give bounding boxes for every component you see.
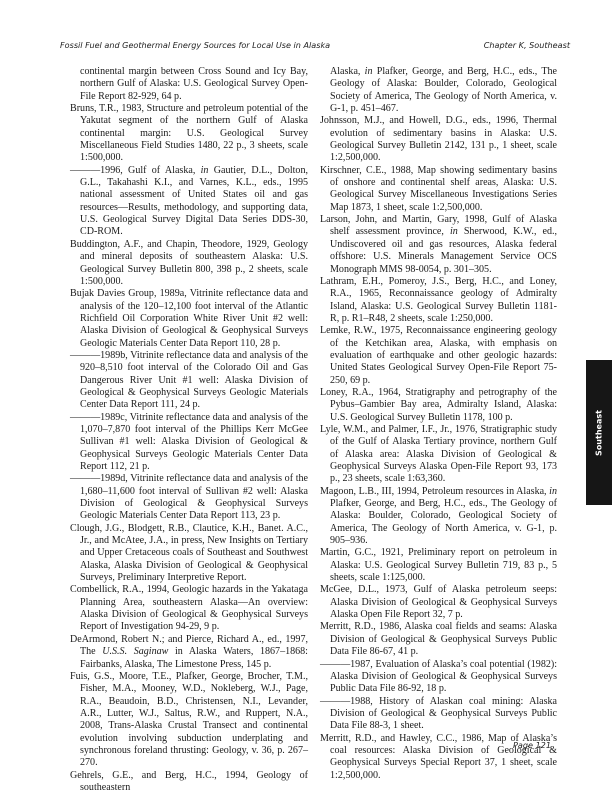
reference-entry: Combellick, R.A., 1994, Geologic hazards… [70, 584, 308, 633]
references-right-column: Alaska, in Plafker, George, and Berg, H.… [320, 66, 557, 782]
reference-italic-text: in [549, 486, 557, 497]
reference-entry: Clough, J.G., Blodgett, R.B., Clautice, … [70, 523, 308, 585]
page-number: Page 121 [513, 740, 551, 750]
reference-entry: Lathram, E.H., Pomeroy, J.S., Berg, H.C.… [320, 276, 557, 325]
document-page: Fossil Fuel and Geothermal Energy Source… [0, 0, 612, 792]
reference-text: ———1989b, Vitrinite reflectance data and… [70, 350, 308, 410]
reference-entry: Loney, R.A., 1964, Stratigraphy and petr… [320, 387, 557, 424]
reference-text: Clough, J.G., Blodgett, R.B., Clautice, … [70, 523, 308, 583]
reference-entry: Lemke, R.W., 1975, Reconnaissance engine… [320, 325, 557, 387]
reference-text: ———1989c, Vitrinite reflectance data and… [70, 412, 308, 472]
chapter-side-tab: Southeast [586, 360, 612, 505]
reference-continuation: Alaska, in Plafker, George, and Berg, H.… [320, 66, 557, 115]
reference-text: Fuis, G.S., Moore, T.E., Plafker, George… [70, 671, 308, 768]
header-book-title: Fossil Fuel and Geothermal Energy Source… [60, 40, 330, 50]
reference-entry: Bujak Davies Group, 1989a, Vitrinite ref… [70, 288, 308, 350]
reference-entry: ———1988, History of Alaskan coal mining:… [320, 696, 557, 733]
reference-entry: Johnsson, M.J., and Howell, D.G., eds., … [320, 115, 557, 164]
reference-italic-text: in [365, 66, 373, 77]
reference-text: Martin, G.C., 1921, Preliminary report o… [320, 547, 557, 583]
reference-entry: Gehrels, G.E., and Berg, H.C., 1994, Geo… [70, 770, 308, 792]
reference-entry: Fuis, G.S., Moore, T.E., Plafker, George… [70, 671, 308, 770]
reference-italic-text: in [450, 226, 458, 237]
reference-entry: ———1989b, Vitrinite reflectance data and… [70, 350, 308, 412]
reference-text: Johnsson, M.J., and Howell, D.G., eds., … [320, 115, 557, 163]
reference-text: Kirschner, C.E., 1988, Map showing sedim… [320, 165, 557, 213]
reference-text: Alaska, [330, 66, 365, 77]
reference-entry: Merritt, R.D., 1986, Alaska coal fields … [320, 621, 557, 658]
reference-entry: Magoon, L.B., III, 1994, Petroleum resou… [320, 486, 557, 548]
reference-text: ———1996, Gulf of Alaska, [70, 165, 201, 176]
reference-entry: ———1989c, Vitrinite reflectance data and… [70, 412, 308, 474]
reference-entry: DeArmond, Robert N.; and Pierce, Richard… [70, 634, 308, 671]
reference-entry: ———1987, Evaluation of Alaska’s coal pot… [320, 659, 557, 696]
reference-text: continental margin between Cross Sound a… [80, 66, 308, 102]
reference-entry: Lyle, W.M., and Palmer, I.F., Jr., 1976,… [320, 424, 557, 486]
running-header: Fossil Fuel and Geothermal Energy Source… [60, 40, 550, 54]
reference-text: Plafker, George, and Berg, H.C., eds., T… [330, 498, 557, 546]
reference-text: ———1987, Evaluation of Alaska’s coal pot… [320, 659, 557, 695]
reference-entry: Kirschner, C.E., 1988, Map showing sedim… [320, 165, 557, 214]
reference-text: Lathram, E.H., Pomeroy, J.S., Berg, H.C.… [320, 276, 557, 324]
reference-continuation: continental margin between Cross Sound a… [70, 66, 308, 103]
reference-text: Lyle, W.M., and Palmer, I.F., Jr., 1976,… [320, 424, 557, 484]
reference-text: Combellick, R.A., 1994, Geologic hazards… [70, 584, 308, 632]
reference-entry: ———1989d, Vitrinite reflectance data and… [70, 473, 308, 522]
reference-text: Loney, R.A., 1964, Stratigraphy and petr… [320, 387, 557, 423]
reference-text: McGee, D.L., 1973, Gulf of Alaska petrol… [320, 584, 557, 620]
reference-text: Bruns, T.R., 1983, Structure and petrole… [70, 103, 308, 163]
reference-entry: Bruns, T.R., 1983, Structure and petrole… [70, 103, 308, 165]
reference-text: ———1988, History of Alaskan coal mining:… [320, 696, 557, 732]
reference-entry: McGee, D.L., 1973, Gulf of Alaska petrol… [320, 584, 557, 621]
reference-text: Buddington, A.F., and Chapin, Theodore, … [70, 239, 308, 287]
reference-entry: ———1996, Gulf of Alaska, in Gautier, D.L… [70, 165, 308, 239]
reference-text: Gehrels, G.E., and Berg, H.C., 1994, Geo… [70, 770, 308, 792]
reference-entry: Buddington, A.F., and Chapin, Theodore, … [70, 239, 308, 288]
reference-entry: Larson, John, and Martin, Gary, 1998, Gu… [320, 214, 557, 276]
side-tab-label: Southeast [595, 410, 604, 456]
reference-text: ———1989d, Vitrinite reflectance data and… [70, 473, 308, 521]
references-left-column: continental margin between Cross Sound a… [70, 66, 308, 792]
reference-italic-text: U.S.S. Saginaw [102, 646, 168, 657]
header-chapter-title: Chapter K, Southeast [484, 40, 570, 50]
reference-entry: Martin, G.C., 1921, Preliminary report o… [320, 547, 557, 584]
reference-text: Merritt, R.D., 1986, Alaska coal fields … [320, 621, 557, 657]
reference-text: Magoon, L.B., III, 1994, Petroleum resou… [320, 486, 549, 497]
reference-text: Bujak Davies Group, 1989a, Vitrinite ref… [70, 288, 308, 348]
reference-text: Lemke, R.W., 1975, Reconnaissance engine… [320, 325, 557, 385]
